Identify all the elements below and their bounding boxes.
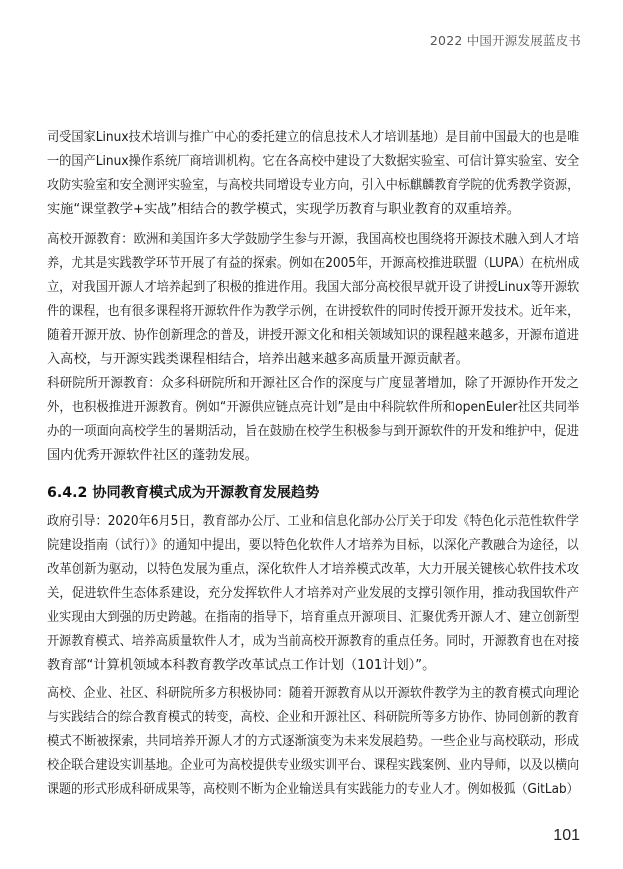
text-line: 高校开源教育：欧洲和美国许多大学鼓励学生参与开源，我国高校也围绕将开源技术融入到…: [47, 228, 579, 252]
text-line: 模式不断被探索，共同培养开源人才的方式逐渐演变为未来发展趋势。一些企业与高校联动…: [47, 730, 579, 754]
text-line: 养，尤其是实践教学环节开展了有益的探索。例如在2005年，开源高校推进联盟（LU…: [47, 252, 579, 276]
page-number: 101: [553, 827, 580, 845]
text-line: 改革创新为驱动，以特色发展为重点，深化软件人才培养模式改革，大力开展关键核心软件…: [47, 558, 579, 582]
text-line: 科研院所开源教育：众多科研院所和开源社区合作的深度与广度显著增加，除了开源协作开…: [47, 372, 579, 396]
text-line: 立，对我国开源人才培养起到了积极的推进作用。我国大部分高校很早就开设了讲授Lin…: [47, 276, 579, 300]
text-line: 国内优秀开源软件社区的蓬勃发展。: [47, 444, 258, 468]
text-line: 司受国家Linux技术培训与推广中心的委托建立的信息技术人才培训基地）是目前中国…: [47, 126, 579, 150]
text-line: 入高校，与开源实践类课程相结合，培养出越来越多高质量开源贡献者。: [47, 348, 469, 372]
text-line: 教育部“计算机领域本科教育教学改革试点工作计划（101计划）”。: [47, 654, 435, 678]
text-line: 外，也积极推进开源教育。例如“开源供应链点亮计划”是由中科院软件所和openEu…: [47, 396, 579, 420]
text-line: 办的一项面向高校学生的暑期活动，旨在鼓励在校学生积极参与到开源软件的开发和维护中…: [47, 420, 579, 444]
text-line: 开源教育模式、培养高质量软件人才，成为当前高校开源教育的重点任务。同时，开源教育…: [47, 630, 579, 654]
text-line: 随着开源开放、协作创新理念的普及，讲授开源文化和相关领域知识的课程越来越多，开源…: [47, 324, 579, 348]
text-line: 一的国产Linux操作系统厂商培训机构。它在各高校中建设了大数据实验室、可信计算…: [47, 150, 579, 174]
text-line: 实施“课堂教学+实战”相结合的教学模式，实现学历教育与职业教育的双重培养。: [47, 198, 520, 222]
text-line: 课题的形式形成科研成果等，高校则不断为企业输送具有实践能力的专业人才。例如极狐（…: [47, 778, 579, 802]
text-line: 攻防实验室和安全测评实验室，与高校共同增设专业方向，引入中标麒麟教育学院的优秀教…: [47, 174, 579, 198]
text-line: 件的课程，也有很多课程将开源软件作为教学示例，在讲授软件的同时传授开源开发技术。…: [47, 300, 579, 324]
text-line: 高校、企业、社区、科研院所多方积极协同：随着开源教育从以开源软件教学为主的教育模…: [47, 682, 579, 706]
section-heading: 6.4.2 协同教育模式成为开源教育发展趋势: [47, 482, 319, 502]
text-line: 院建设指南（试行）》的通知中提出，要以特色化软件人才培养为目标，以深化产教融合为…: [47, 534, 579, 558]
running-header-title: 2022 中国开源发展蓝皮书: [430, 31, 581, 49]
text-line: 关，促进软件生态体系建设，充分发挥软件人才培养对产业发展的支撑引领作用，推动我国…: [47, 582, 579, 606]
text-line: 校企联合建设实训基地。企业可为高校提供专业级实训平台、课程实践案例、业内导师，以…: [47, 754, 579, 778]
text-line: 政府引导：2020年6月5日，教育部办公厅、工业和信息化部办公厅关于印发《特色化…: [47, 510, 579, 534]
text-line: 与实践结合的综合教育模式的转变，高校、企业和开源社区、科研院所等多方协作、协同创…: [47, 706, 579, 730]
text-line: 业实现由大到强的历史跨越。在指南的指导下，培育重点开源项目、汇聚优秀开源人才、建…: [47, 606, 579, 630]
